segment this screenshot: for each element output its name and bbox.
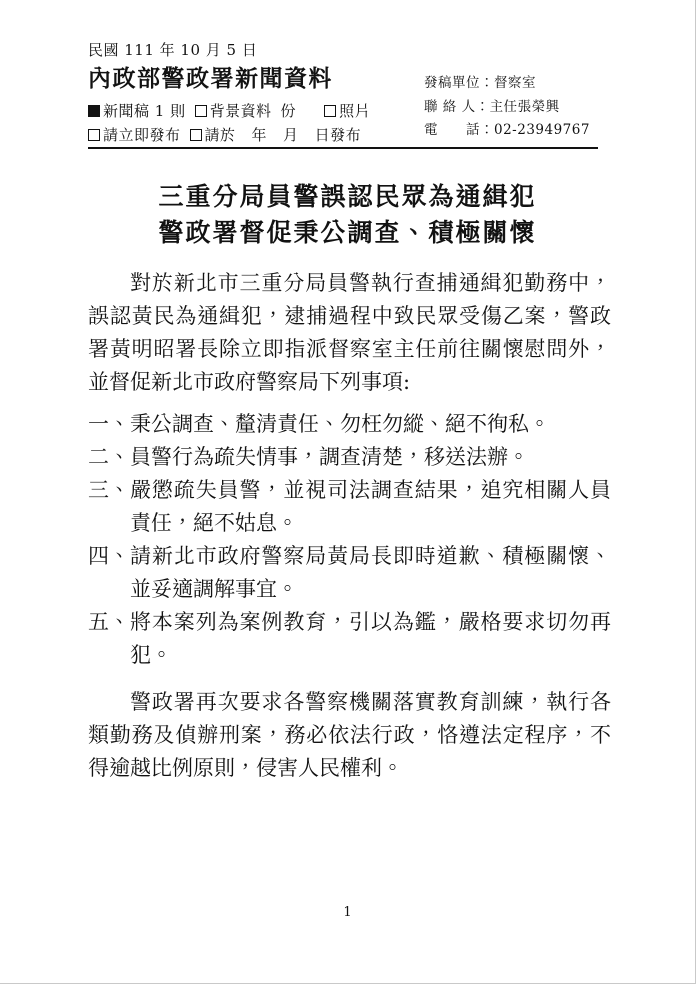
list-item: 四、 請新北市政府警察局黃局長即時道歉、積極關懷、並妥適調解事宜。 [88,540,611,606]
list-item: 五、 將本案列為案例教育，引以為鑑，嚴格要求切勿再犯。 [88,606,611,672]
release-now-label: 請立即發布 [103,123,181,147]
title-line-2: 警政署督促秉公調查、積極關懷 [0,215,695,251]
checkbox-empty-icon [324,105,336,117]
list-item-number: 四、 [88,540,130,573]
press-release-title: 三重分局員警誤認民眾為通緝犯 警政署督促秉公調查、積極關懷 [0,179,695,251]
checkbox-empty-icon [190,129,202,141]
month-label: 月 [283,123,299,147]
list-item-text: 請新北市政府警察局黃局長即時道歉、積極關懷、並妥適調解事宜。 [130,540,611,606]
photo-label: 照片 [339,99,370,123]
checkbox-empty-icon [195,105,207,117]
background-material-option: 背景資料 [195,99,272,123]
list-item: 二、 員警行為疏失情事，調查清楚，移送法辦。 [88,441,611,474]
release-on-option: 請於 [190,123,236,147]
list-item-number: 一、 [88,408,130,441]
page-number: 1 [0,905,695,920]
issuing-unit-line: 發稿單位：督察室 [424,72,590,96]
title-line-1: 三重分局員警誤認民眾為通緝犯 [0,179,695,215]
checkbox-checked-icon [88,105,100,117]
press-release-option: 新聞稿 1 則 [88,99,186,123]
press-release-label: 新聞稿 1 則 [103,99,186,123]
release-on-label: 請於 [205,123,236,147]
checkbox-empty-icon [88,129,100,141]
opening-paragraph: 對於新北市三重分局員警執行查捕通緝犯勤務中，誤認黃民為通緝犯，逮捕過程中致民眾受… [88,267,611,399]
contact-block: 發稿單位：督察室 聯 絡 人：主任張榮興 電 話：02-23949767 [424,72,590,143]
list-item-text: 將本案列為案例教育，引以為鑑，嚴格要求切勿再犯。 [130,606,611,672]
copies-suffix-label: 份 [281,99,297,123]
document-page: 民國 111 年 10 月 5 日 內政部警政署新聞資料 新聞稿 1 則 背景資… [0,0,696,984]
background-material-label: 背景資料 [210,99,272,123]
directive-list: 一、 秉公調查、釐清責任、勿枉勿縱、絕不徇私。 二、 員警行為疏失情事，調查清楚… [88,408,611,672]
day-release-label: 日發布 [315,123,362,147]
list-item-text: 員警行為疏失情事，調查清楚，移送法辦。 [130,441,611,474]
list-item: 三、 嚴懲疏失員警，並視司法調查結果，追究相關人員責任，絕不姑息。 [88,474,611,540]
release-now-option: 請立即發布 [88,123,181,147]
list-item-number: 五、 [88,606,130,639]
year-label: 年 [252,123,268,147]
photo-option: 照片 [324,99,370,123]
document-header: 民國 111 年 10 月 5 日 內政部警政署新聞資料 新聞稿 1 則 背景資… [0,0,695,147]
list-item-number: 二、 [88,441,130,474]
document-body: 對於新北市三重分局員警執行查捕通緝犯勤務中，誤認黃民為通緝犯，逮捕過程中致民眾受… [88,267,611,785]
list-item-text: 秉公調查、釐清責任、勿枉勿縱、絕不徇私。 [130,408,611,441]
list-item-number: 三、 [88,474,130,507]
list-item-text: 嚴懲疏失員警，並視司法調查結果，追究相關人員責任，絕不姑息。 [130,474,611,540]
list-item: 一、 秉公調查、釐清責任、勿枉勿縱、絕不徇私。 [88,408,611,441]
closing-paragraph: 警政署再次要求各警察機關落實教育訓練，執行各類勤務及偵辦刑案，務必依法行政，恪遵… [88,686,611,785]
contact-person-line: 聯 絡 人：主任張榮興 [424,96,590,120]
document-date: 民國 111 年 10 月 5 日 [88,40,611,60]
header-divider [88,147,598,149]
contact-phone-line: 電 話：02-23949767 [424,119,590,143]
